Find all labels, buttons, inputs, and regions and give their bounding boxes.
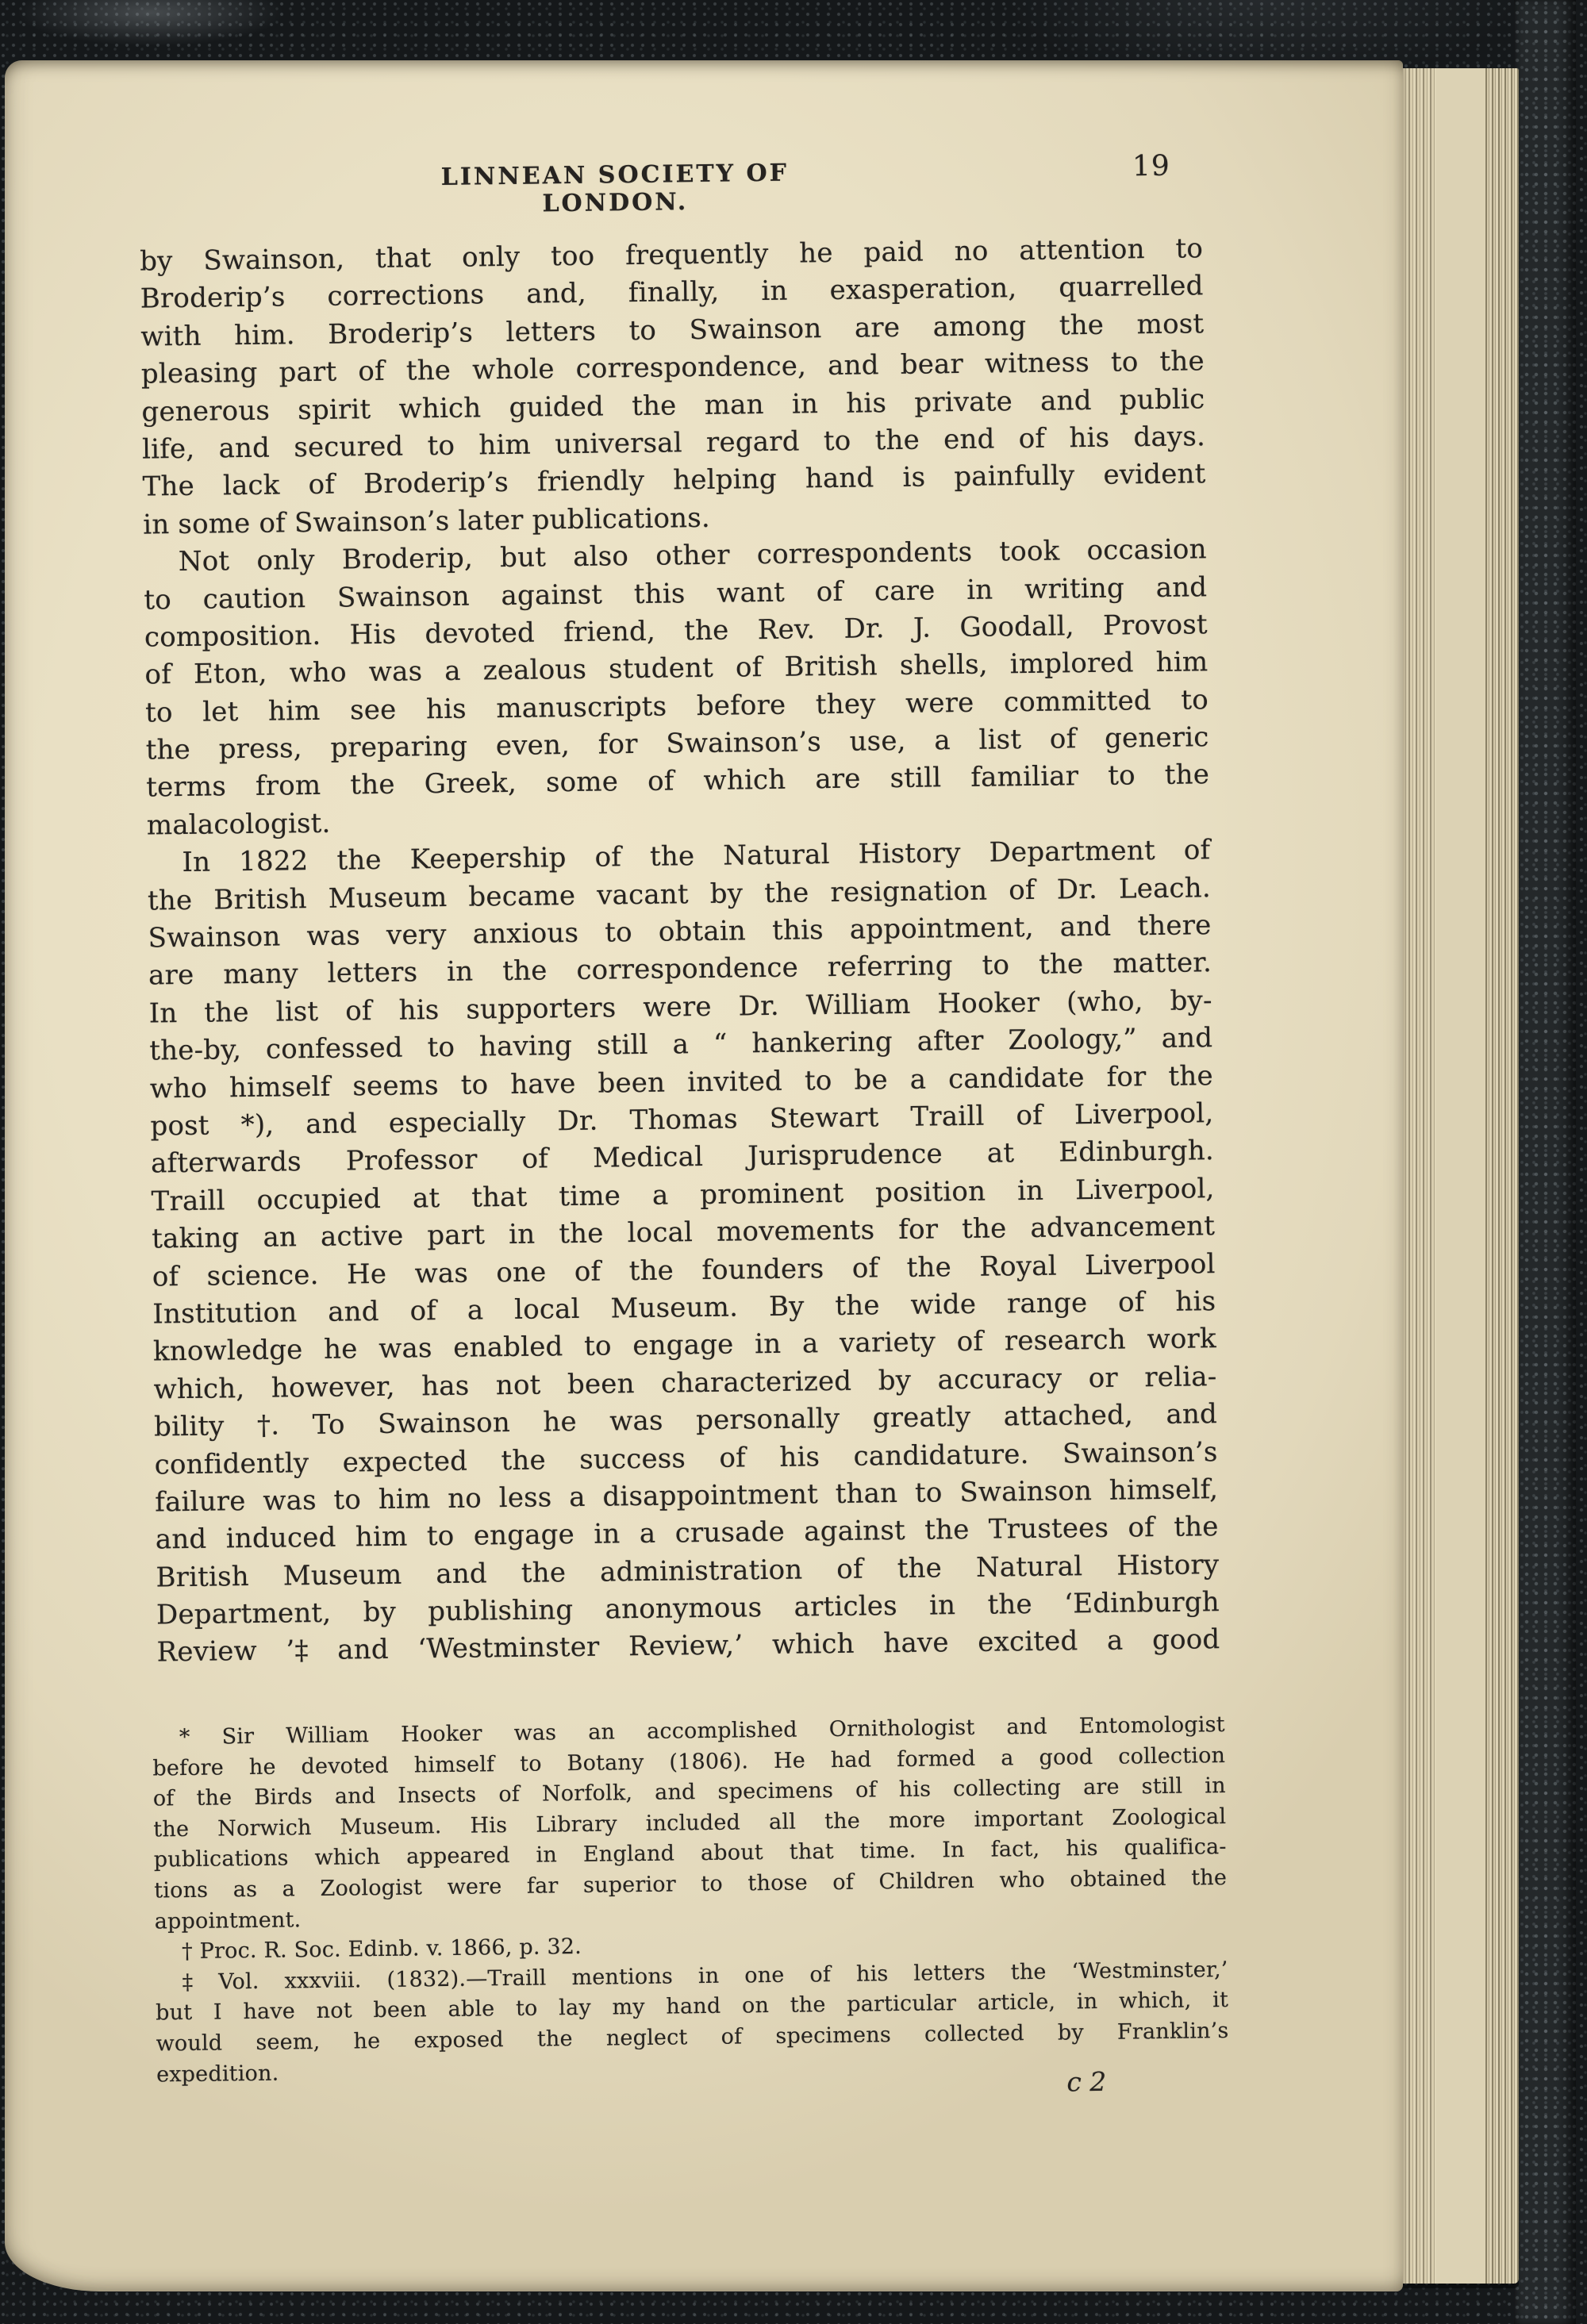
word: that [471,1181,528,1219]
word: painfully [954,460,1075,499]
word: specimens [717,1778,833,1810]
word: accomplished [647,1718,797,1750]
word: local [514,1293,580,1331]
word: In [182,847,210,885]
word: helping [673,463,777,502]
word: him [355,1521,408,1559]
word: and [337,1634,389,1672]
word: him [478,429,531,467]
word: Liverpool, [1074,1097,1214,1137]
word: seem, [256,2030,320,2061]
word: hand [805,463,874,501]
word: “ [713,1028,728,1066]
word: engage [632,1329,734,1368]
word: I [213,2000,222,2031]
word: of [1019,423,1046,461]
word: Broderip’s [140,282,286,321]
word: from [256,770,321,808]
word: to [333,1484,361,1522]
word: important [974,1806,1083,1838]
word: was [263,1485,317,1523]
word: want [717,576,785,614]
page-number: 19 [1132,150,1170,183]
word: referring [828,951,953,989]
word: hand [666,1994,720,2025]
word: the-by, [149,1034,241,1073]
word: against [804,1515,905,1554]
word: however, [271,1370,395,1409]
word: (1806). [669,1749,748,1780]
word: press, [218,732,302,771]
word: of [1016,1100,1043,1138]
word: a [444,655,461,693]
word: took [999,536,1060,574]
word: neglect [606,2025,688,2057]
word: far [527,1873,559,1904]
word: the [1059,309,1105,348]
word: Review [156,1635,257,1674]
word: quarrelled [1059,271,1204,310]
word: invited [687,1065,782,1104]
word: in [1077,1989,1098,2020]
word: Jurisprudence [747,1139,943,1178]
word: the [632,390,677,428]
word: in [1205,1773,1226,1804]
word: secured [294,431,404,470]
word: about [701,1841,763,1873]
word: (1832).—Traill [386,1965,547,1998]
word: to [628,314,656,352]
word: Liverpool, [1075,1173,1215,1212]
word: Institution [152,1296,298,1336]
word: occasion [1086,533,1207,572]
word: still [890,763,941,801]
word: Entomologist [1079,1712,1225,1745]
word: letters [913,1960,986,1992]
word: have [510,1068,576,1106]
word: the [537,2026,573,2057]
word: his [846,387,886,425]
word: in [792,388,819,426]
word: of [852,1252,879,1290]
word: of [152,1261,179,1299]
word: to [915,1477,943,1515]
word: Museum [283,1558,402,1597]
word: of [594,841,621,879]
word: ‘Westminster [417,1631,600,1671]
word: were [643,991,712,1029]
word: before [697,689,786,728]
word: supporters [466,992,617,1031]
word: exasperation, [829,272,1016,312]
word: was [414,1257,468,1295]
word: which, [1119,1988,1192,2020]
word: * [179,1725,190,1756]
word: His [470,1813,507,1844]
word: his [426,693,467,731]
word: of [1118,1286,1145,1324]
page-header: LINNEAN SOCIETY OF LONDON. 19 [139,149,1203,202]
word: to [584,1331,612,1369]
word: the [521,1557,567,1595]
word: Museum. [340,1814,441,1846]
word: He [347,1258,387,1296]
word: candidate [948,1062,1085,1101]
word: movements [717,1215,875,1254]
word: and [305,1108,357,1146]
word: seems [352,1070,439,1108]
word: the [350,769,395,807]
word: too [551,240,595,278]
word: to [701,1872,723,1903]
word: Department, [156,1597,332,1637]
word: obtain [659,915,747,954]
word: Provost [1103,609,1208,647]
word: work [1147,1323,1216,1361]
word: time. [860,1838,916,1869]
word: post [150,1110,209,1148]
word: and [156,1523,207,1561]
word: the [1165,759,1210,797]
word: and [655,1780,696,1811]
word: of [153,1786,175,1817]
word: confessed [266,1032,403,1071]
word: Dr. [1057,874,1098,912]
word: articles [793,1590,897,1629]
word: other [655,540,730,578]
word: of [836,1553,863,1591]
word: in [594,1519,621,1557]
word: Stewart [770,1101,879,1140]
word: of [832,1870,854,1901]
word: qualifica- [1124,1834,1226,1866]
word: specimens [775,2022,891,2054]
word: success [579,1442,686,1481]
word: in [1017,1175,1044,1213]
word: of [1184,834,1211,872]
word: the [897,1552,942,1590]
word: fact, [990,1837,1039,1868]
word: were [447,1874,501,1905]
word: William [806,989,911,1028]
word: who [150,1072,208,1110]
word: with [140,320,202,358]
word: disappointment [602,1478,818,1519]
word: the [1168,1060,1213,1098]
word: pleasing [141,357,258,396]
word: still [597,1029,648,1067]
word: appeared [406,1843,510,1875]
word: the [874,424,920,463]
word: in [536,1843,557,1874]
word: his [1069,422,1109,460]
word: for [598,728,637,766]
word: on [742,1993,770,2024]
word: Norwich [217,1815,312,1847]
word: a [569,1481,586,1519]
word: for [1106,1061,1146,1099]
word: Zoological [1112,1804,1226,1836]
word: to [1175,232,1203,271]
word: for [898,1214,938,1252]
word: who [289,657,347,695]
word: advancement [1030,1210,1215,1250]
word: Natural [723,839,830,878]
word: composition. [144,620,321,659]
word: Royal [979,1250,1057,1289]
word: to [427,1520,455,1558]
word: use, [849,725,906,763]
word: to [520,1751,542,1782]
word: a [282,1876,295,1907]
word: him [268,695,321,733]
word: enabled [453,1331,563,1370]
word: Botany [567,1750,644,1782]
word: he [249,1754,276,1785]
word: of [1050,723,1077,761]
word: in [447,956,474,994]
word: were [905,686,974,724]
word: to [1108,760,1135,798]
word: one [496,1256,547,1294]
word: Keepership [409,842,566,882]
word: preparing [330,731,467,770]
word: tions [154,1878,208,1909]
word: caution [202,582,305,621]
word: him [378,1483,431,1521]
body-text: bySwainson,thatonlytoofrequentlyhepaidno… [140,232,1220,1674]
word: variety [840,1327,936,1366]
word: his [398,994,439,1032]
word: of [574,1255,601,1293]
word: to [605,916,632,955]
word: his [899,1777,932,1808]
word: especially [389,1106,526,1145]
word: the [1159,345,1205,383]
word: the [559,1218,604,1256]
word: resignation [830,874,987,914]
word: J. [913,612,932,650]
word: relia- [1144,1361,1217,1400]
word: Sir [221,1724,254,1755]
word: To [312,1409,344,1447]
word: His [349,619,396,657]
word: than [835,1477,897,1515]
word: a [802,1328,819,1366]
word: attached, [1003,1400,1133,1439]
word: active [321,1220,404,1259]
word: By [769,1290,805,1328]
word: able [448,1997,494,2028]
word: Dr. [843,613,885,651]
word: he [543,1406,577,1444]
word: characterized [661,1365,852,1404]
word: Greek, [424,767,517,806]
word: included [646,1810,741,1842]
word: bility [154,1411,225,1449]
word: research [1005,1324,1127,1363]
word: publications [154,1846,289,1879]
word: him [1155,646,1208,684]
word: in [929,1589,956,1627]
word: have [883,1627,949,1665]
word: to [1181,684,1209,722]
word: science. [206,1258,319,1297]
word: he [353,2029,380,2060]
word: by- [1170,985,1212,1023]
word: by [710,878,744,916]
word: implored [1010,647,1135,686]
word: all [769,1809,796,1840]
word: the [924,1514,970,1552]
word: of [521,1143,548,1181]
word: letters [505,315,596,354]
word: lack [223,470,280,508]
word: Natural [976,1550,1083,1589]
word: Goodall, [959,610,1074,649]
word: knowledge [153,1335,303,1374]
word: he [799,237,833,275]
word: Liverpool [1085,1248,1216,1287]
word: was [369,656,423,694]
word: expected [342,1445,467,1484]
word: collection [1118,1743,1225,1775]
word: the [906,1251,951,1289]
word: more [889,1807,946,1838]
word: in [755,1328,782,1366]
word: be [854,1064,888,1102]
word: he [324,1334,358,1372]
word: also [573,540,628,578]
word: days. [1133,421,1205,459]
word: the [196,1786,232,1817]
word: a [640,1518,656,1556]
word: in [698,1964,720,1995]
word: in [509,1219,536,1257]
word: a [652,1179,669,1217]
word: lay [559,1996,591,2026]
word: the [628,1254,674,1293]
word: became [468,880,575,919]
word: the [1191,1865,1227,1896]
word: He [774,1748,805,1779]
word: the [502,955,548,993]
word: have [243,1999,295,2030]
word: friend, [563,616,655,655]
word: familiar [970,761,1078,800]
word: exposed [413,2027,504,2059]
word: himself [414,1752,495,1784]
word: Leach. [1119,872,1211,911]
word: to [805,1065,832,1103]
word: the [1011,1960,1047,1991]
word: the [650,840,695,878]
word: good [1152,1624,1220,1662]
word: the [501,1444,546,1482]
word: and [828,349,879,387]
word: of [720,2024,742,2055]
word: Norfolk, [542,1780,633,1812]
word: superior [583,1872,676,1903]
word: an [588,1719,615,1750]
word: Swainson, [203,243,344,282]
word: many [223,958,298,997]
word: and [335,1784,376,1815]
word: Museum. [610,1291,738,1330]
word: In [149,997,178,1035]
word: are [148,959,194,997]
word: generic [1105,721,1209,760]
word: Traill [910,1101,985,1139]
word: Eton, [194,658,267,697]
word: Birds [254,1784,313,1815]
word: to [982,950,1009,988]
word: frequently [625,238,769,278]
word: British [213,883,307,922]
word: 1822 [239,845,309,883]
word: paid [863,236,924,275]
word: was [378,1333,432,1371]
word: Medical [593,1141,704,1180]
word: ‘Westminster,’ [1071,1957,1228,1990]
word: position [875,1175,986,1214]
word: prominent [700,1177,844,1217]
word: *), [240,1109,274,1147]
word: this [772,914,824,952]
word: letters [327,957,417,996]
word: of [647,766,674,804]
word: let [202,696,239,734]
word: taking [152,1222,240,1261]
word: a [934,724,951,763]
word: Swainson [337,580,470,619]
word: manuscripts [496,690,667,730]
word: Department [989,835,1155,874]
word: personally [696,1403,840,1442]
word: afterwards [151,1147,302,1186]
word: good [1039,1745,1093,1776]
word: list [275,996,318,1034]
book-cover-right-edge [1514,0,1576,2324]
word: the [835,1289,880,1327]
word: end [943,423,995,461]
word: of [358,355,385,394]
word: Museum [329,882,448,920]
word: administration [600,1554,803,1594]
word: no [448,1482,482,1520]
word: they [816,688,876,726]
word: range [1007,1287,1088,1326]
word: that [790,1839,834,1870]
word: only [462,241,521,279]
word: Swainson [689,313,821,351]
word: the [145,734,190,772]
word: correspondents [757,536,973,577]
word: student [609,652,713,691]
word: Swainson [148,921,280,960]
word: which, [153,1373,244,1412]
word: among [932,310,1026,349]
word: a [1001,1746,1014,1777]
word: himself [229,1070,331,1109]
word: time [559,1180,621,1218]
word: The [142,471,194,509]
word: and [1040,385,1092,423]
word: xxxviii. [284,1968,361,1999]
word: anxious [472,917,578,956]
word: this [634,578,686,616]
word: William [286,1723,369,1754]
